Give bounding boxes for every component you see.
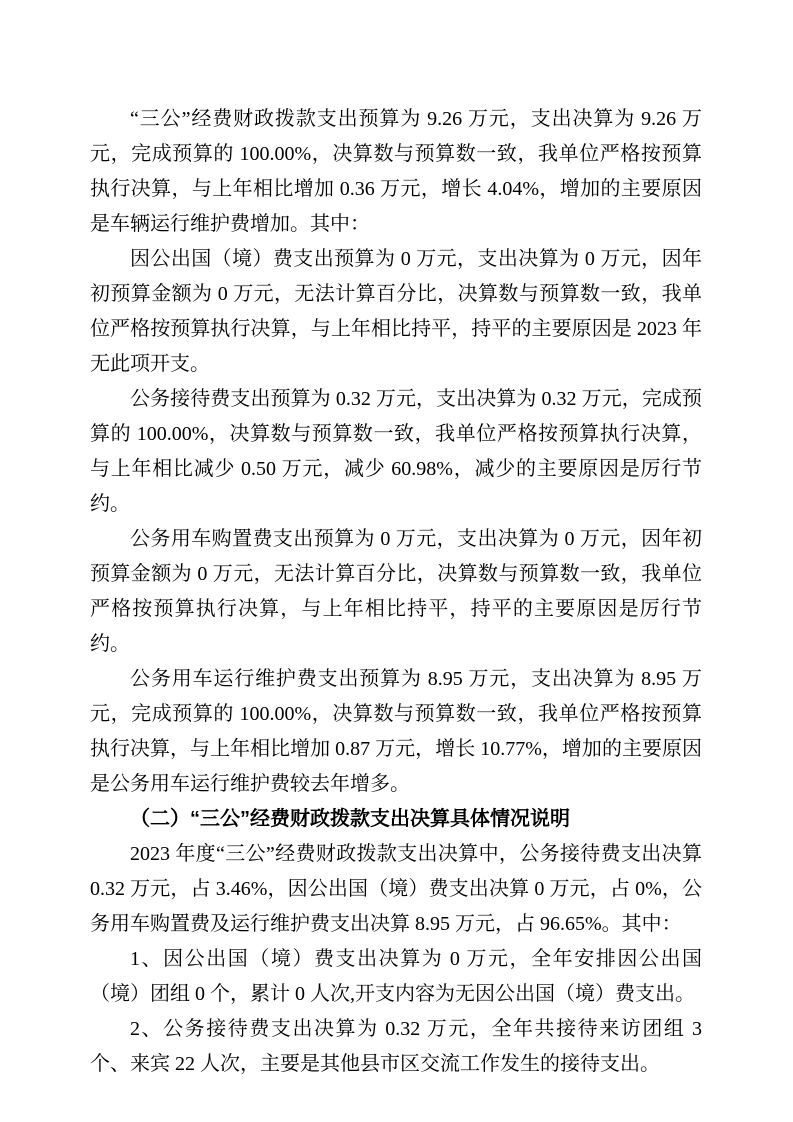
paragraph-item2-official-reception: 2、公务接待费支出决算为 0.32 万元，全年共接待来访团组 3 个、来宾 22… bbox=[90, 1012, 702, 1082]
document-content: “三公”经费财政拨款支出预算为 9.26 万元，支出决算为 9.26 万元，完成… bbox=[90, 102, 702, 1082]
paragraph-item1-overseas-trips: 1、因公出国（境）费支出决算为 0 万元，全年安排因公出国（境）团组 0 个，累… bbox=[90, 942, 702, 1012]
paragraph-2023-final-accounts-breakdown: 2023 年度“三公”经费财政拨款支出决算中，公务接待费支出决算 0.32 万元… bbox=[90, 837, 702, 942]
paragraph-sangong-total-summary: “三公”经费财政拨款支出预算为 9.26 万元，支出决算为 9.26 万元，完成… bbox=[90, 102, 702, 242]
paragraph-overseas-trips-budget: 因公出国（境）费支出预算为 0 万元，支出决算为 0 万元，因年初预算金额为 0… bbox=[90, 242, 702, 382]
paragraph-vehicle-maintenance-budget: 公务用车运行维护费支出预算为 8.95 万元，支出决算为 8.95 万元，完成预… bbox=[90, 662, 702, 802]
document-page: “三公”经费财政拨款支出预算为 9.26 万元，支出决算为 9.26 万元，完成… bbox=[0, 0, 793, 1122]
paragraph-vehicle-purchase-budget: 公务用车购置费支出预算为 0 万元，支出决算为 0 万元，因年初预算金额为 0 … bbox=[90, 522, 702, 662]
paragraph-official-reception-budget: 公务接待费支出预算为 0.32 万元，支出决算为 0.32 万元，完成预算的 1… bbox=[90, 382, 702, 522]
section-heading-sangong-details: （二）“三公”经费财政拨款支出决算具体情况说明 bbox=[90, 802, 702, 837]
